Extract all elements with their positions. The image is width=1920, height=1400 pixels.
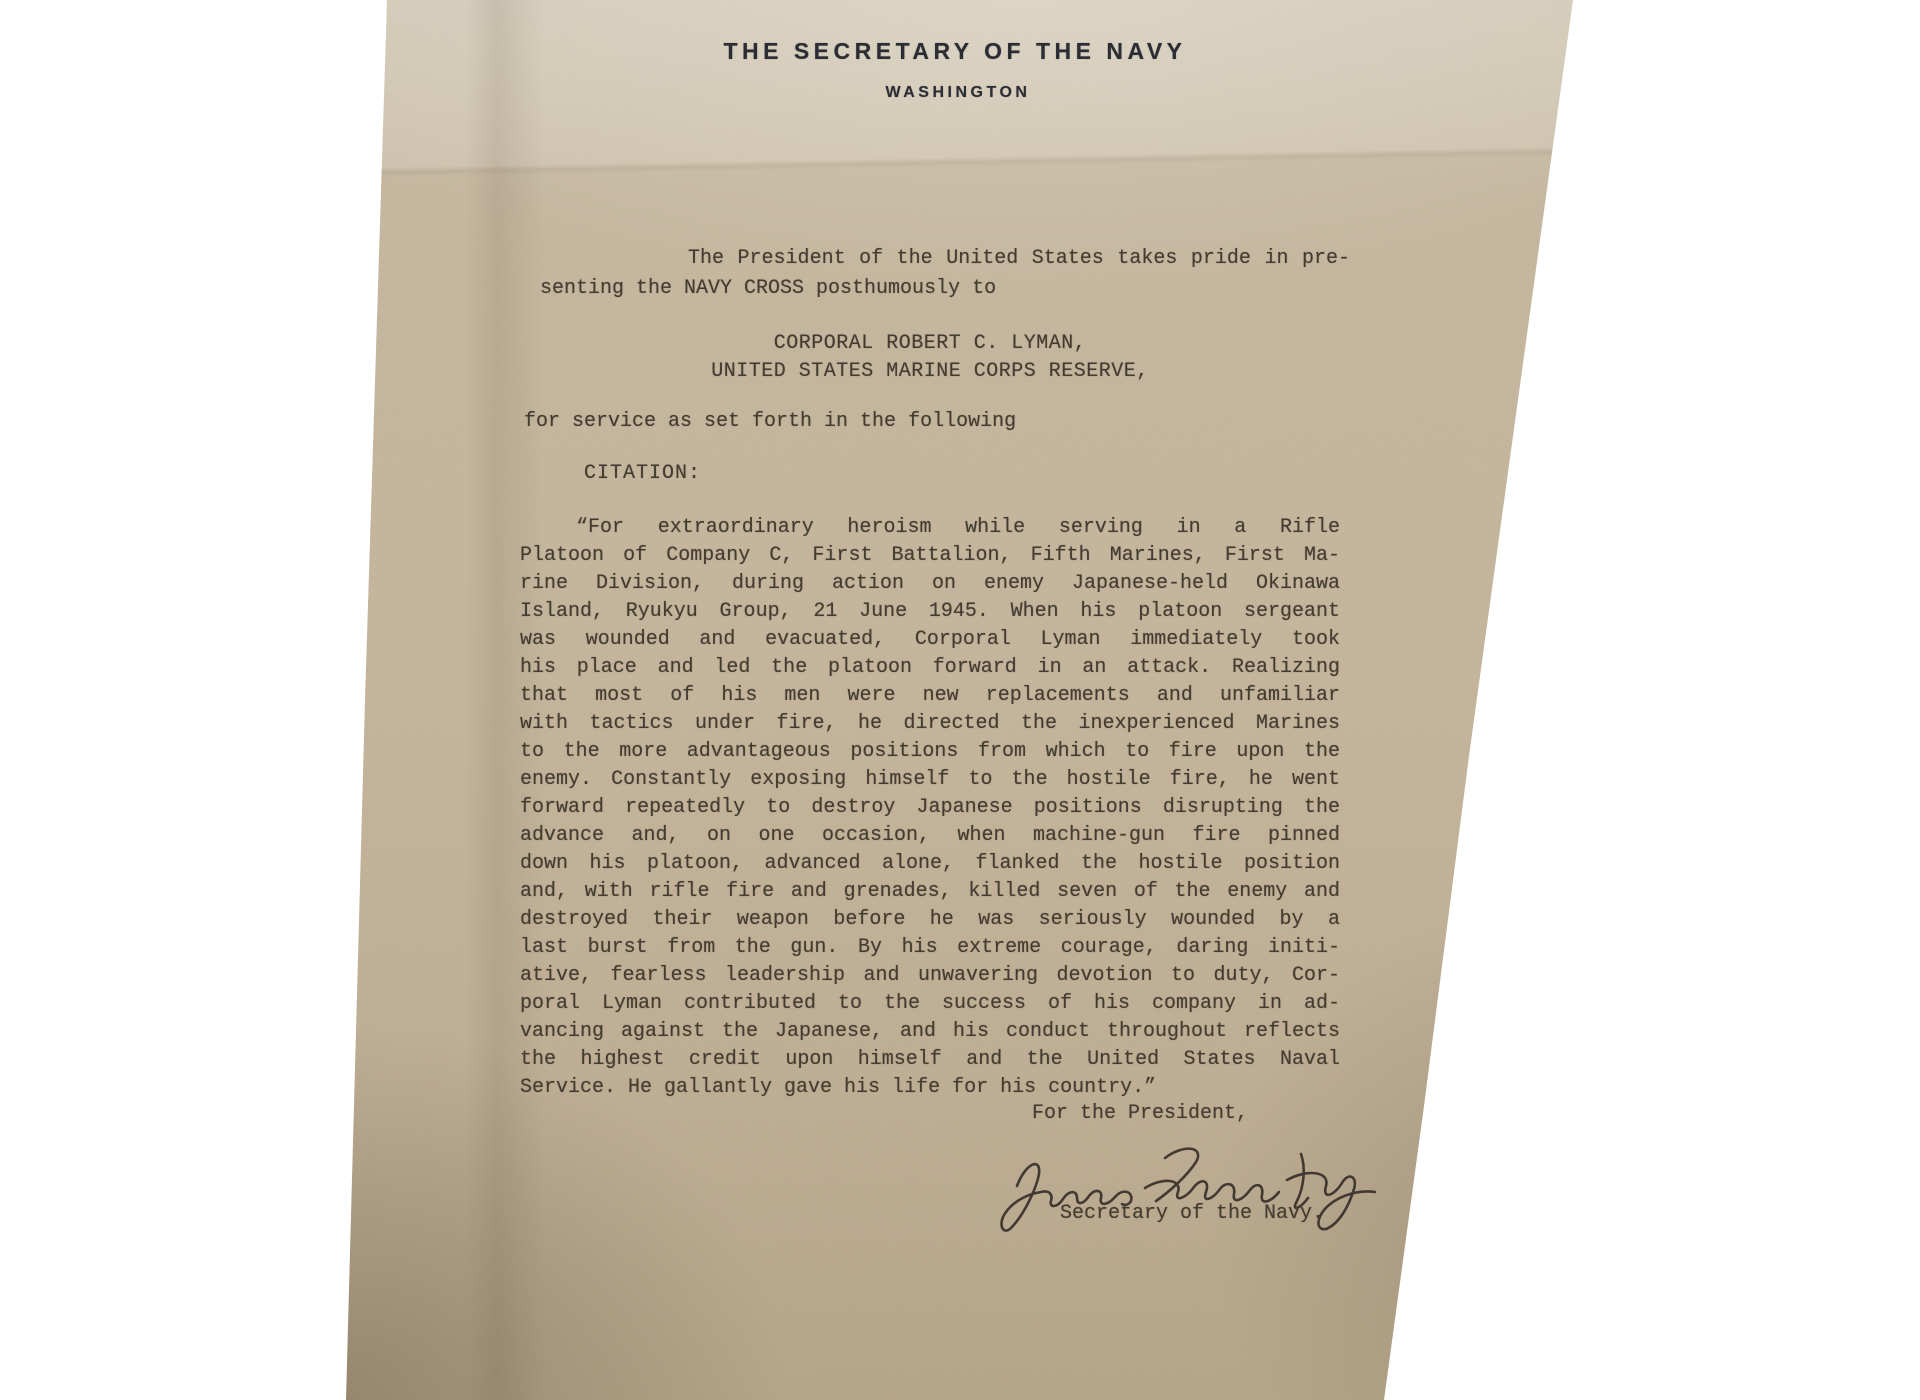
citation-line: “For extraordinary heroism while serving… [520,514,1340,542]
citation-line: enemy. Constantly exposing himself to th… [520,766,1340,794]
citation-line: that most of his men were new replacemen… [520,682,1340,710]
recipient-block: CORPORAL ROBERT C. LYMAN, UNITED STATES … [540,330,1320,386]
citation-label: CITATION: [584,460,701,488]
citation-paragraph: “For extraordinary heroism while serving… [520,514,1340,1102]
signature-title: Secretary of the Navy. [1060,1200,1324,1228]
citation-line: ative, fearless leadership and unwaverin… [520,962,1340,990]
citation-line: rine Division, during action on enemy Ja… [520,570,1340,598]
citation-line: forward repeatedly to destroy Japanese p… [520,794,1340,822]
citation-line: destroyed their weapon before he was ser… [520,906,1340,934]
intro-paragraph: The President of the United States takes… [540,244,1350,304]
citation-line: advance and, on one occasion, when machi… [520,822,1340,850]
citation-line: last burst from the gun. By his extreme … [520,934,1340,962]
intro-line-1: The President of the United States takes… [540,244,1350,274]
citation-line: to the more advantageous positions from … [520,738,1340,766]
citation-line: vancing against the Japanese, and his co… [520,1018,1340,1046]
document-page: THE SECRETARY OF THE NAVY WASHINGTON The… [345,0,1577,1400]
citation-line: Service. He gallantly gave his life for … [520,1074,1340,1102]
citation-line: Island, Ryukyu Group, 21 June 1945. When… [520,598,1340,626]
letterhead-title: THE SECRETARY OF THE NAVY [339,38,1571,65]
screenshot-root: { "colors": { "background": "#ffffff", "… [0,0,1920,1400]
citation-line: the highest credit upon himself and the … [520,1046,1340,1074]
citation-line: Platoon of Company C, First Battalion, F… [520,542,1340,570]
citation-line: with tactics under fire, he directed the… [520,710,1340,738]
recipient-name: CORPORAL ROBERT C. LYMAN, [540,330,1320,358]
service-line: for service as set forth in the followin… [524,408,1016,436]
intro-line-2: senting the NAVY CROSS posthumously to [540,274,1350,304]
citation-line: poral Lyman contributed to the success o… [520,990,1340,1018]
citation-line: his place and led the platoon forward in… [520,654,1340,682]
citation-line: was wounded and evacuated, Corporal Lyma… [520,626,1340,654]
citation-line: down his platoon, advanced alone, flanke… [520,850,1340,878]
recipient-unit: UNITED STATES MARINE CORPS RESERVE, [540,358,1320,386]
letterhead-subtitle: WASHINGTON [342,84,1574,102]
citation-line: and, with rifle fire and grenades, kille… [520,878,1340,906]
signature-script [995,1124,1395,1254]
